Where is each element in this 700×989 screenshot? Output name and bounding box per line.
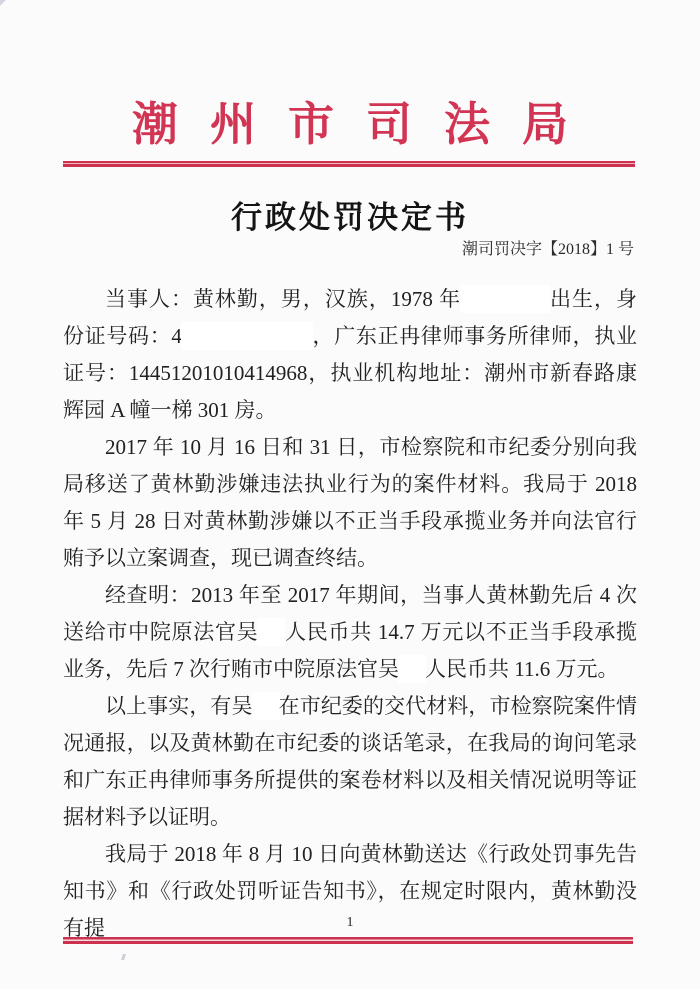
document-title: 行政处罚决定书: [0, 192, 700, 237]
document-page: 潮州市司法局 行政处罚决定书 潮司罚决字【2018】1 号 当事人：黄林勤，男，…: [0, 0, 700, 989]
redaction-box: [182, 323, 312, 349]
body-paragraph: 2017 年 10 月 16 日和 31 日，市检察院和市纪委分别向我局移送了黄…: [63, 429, 637, 577]
document-number: 潮司罚决字【2018】1 号: [0, 236, 700, 259]
redaction-box: [461, 286, 549, 312]
body-paragraph: 经查明：2013 年至 2017 年期间，当事人黄林勤先后 4 次送给市中院原法…: [63, 577, 637, 688]
footer-red-rule: [63, 937, 633, 944]
agency-name-heading: 潮州市司法局: [0, 88, 700, 154]
page-number: 1: [0, 915, 700, 931]
redaction-box: [253, 693, 279, 719]
body-paragraph: 当事人：黄林勤，男，汉族，1978 年出生，身份证号码：4，广东正冉律师事务所律…: [63, 281, 637, 429]
document-body: 当事人：黄林勤，男，汉族，1978 年出生，身份证号码：4，广东正冉律师事务所律…: [63, 281, 637, 947]
redaction-box: [399, 656, 425, 682]
scan-corner-artifact: [0, 0, 10, 9]
header-red-rule: [63, 161, 635, 167]
redaction-box: [258, 619, 284, 645]
body-paragraph: 以上事实，有吴在市纪委的交代材料，市检察院案件情况通报，以及黄林勤在市纪委的谈话…: [63, 688, 637, 836]
scan-speck-artifact: [121, 954, 126, 960]
